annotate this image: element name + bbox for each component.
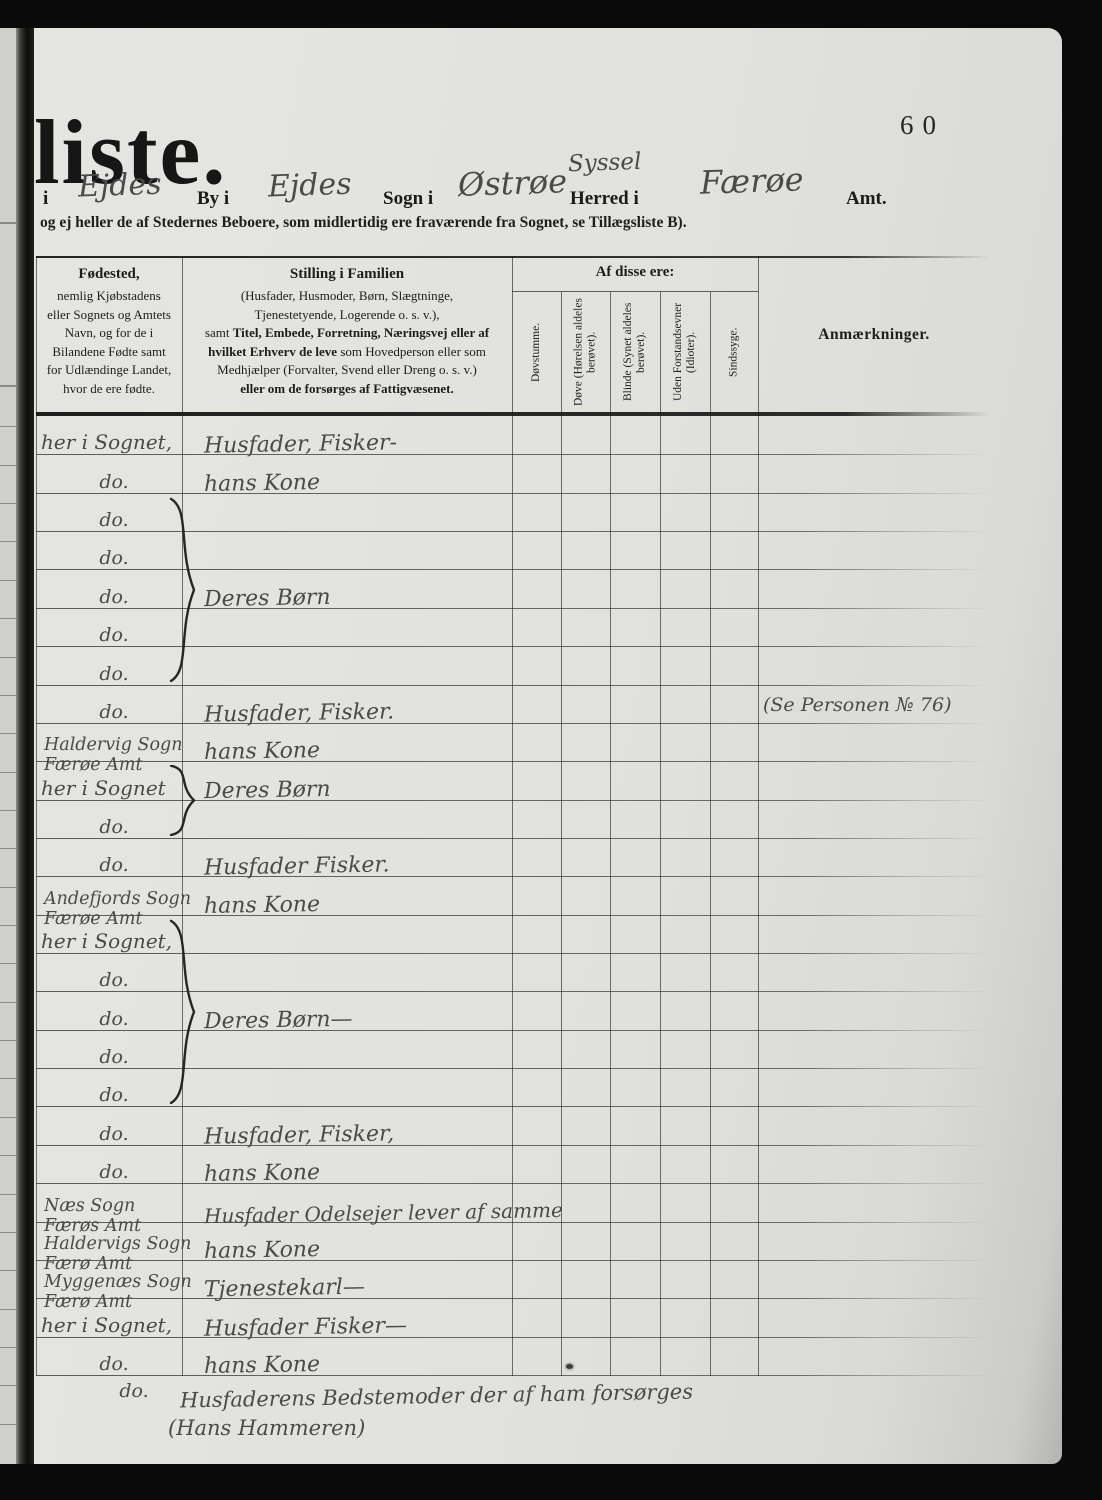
birthplace-cell: do.	[70, 1123, 158, 1145]
printed-sogn-label: Sogn i	[383, 188, 433, 210]
header-bottom-border	[36, 412, 990, 416]
birthplace-cell: do.	[70, 624, 158, 646]
scanned-census-page: liste. 60 i Ejdes By i Ejdes Sogn i Østr…	[0, 0, 1102, 1500]
birthplace-header-line: nemlig Kjøbstadens	[38, 287, 180, 306]
book-binding	[16, 28, 36, 1464]
table-row: do.hans Kone	[36, 1338, 990, 1376]
position-header-segment: Titel, Embede, Forretning, Næringsvej el…	[233, 325, 489, 340]
birthplace-cell: her i Sognet	[41, 776, 166, 800]
position-cell-line2: (Hans Hammeren)	[168, 1416, 365, 1440]
birthplace-cell: do.	[70, 1161, 158, 1183]
table-row: Andefjords SognFærøe Amthans Kone	[36, 877, 990, 915]
position-header-segment: (Husfader, Husmoder, Børn, Slægtninge,	[241, 288, 453, 303]
position-header-line: Tjenestetyende, Logerende o. s. v.),	[184, 306, 510, 325]
birthplace-cell: do.	[70, 586, 158, 608]
brace-glyph	[166, 919, 198, 1105]
handwritten-amt-value: Færøe	[699, 160, 804, 202]
birthplace-cell: do.	[70, 1046, 158, 1068]
birthplace-cell: do.	[70, 816, 158, 838]
handwritten-by-value: Ejdes	[77, 167, 162, 205]
table-top-border	[36, 256, 990, 258]
birthplace-cell: her i Sognet,	[41, 929, 172, 953]
subcolumn-header: Døvstumme.	[513, 295, 560, 409]
position-cell: hans Kone	[204, 738, 320, 765]
position-header-title: Stilling i Familien	[184, 266, 510, 283]
birthplace-header-title: Fødested,	[38, 266, 180, 283]
handwritten-sogn-value: Ejdes	[267, 167, 352, 205]
birthplace-cell: do.	[70, 663, 158, 685]
position-column-header: Stilling i Familien (Husfader, Husmoder,…	[184, 266, 510, 398]
table-row: do.Husfader Fisker.	[36, 839, 990, 877]
subcolumn-header: Blinde (Synet aldeles berøvet).	[611, 295, 659, 409]
position-cell: hans Kone	[204, 1237, 320, 1264]
table-row: do.hans Kone	[36, 455, 990, 493]
birthplace-cell: do.	[70, 701, 158, 723]
birthplace-cell: do.	[70, 471, 158, 493]
birthplace-cell: do.	[70, 509, 158, 531]
position-header-segment: Tjenestetyende, Logerende o. s. v.),	[254, 307, 439, 322]
birthplace-cell: do.	[70, 969, 158, 991]
birthplace-header-lines: nemlig Kjøbstadenseller Sognets og Amtet…	[38, 287, 180, 398]
position-header-segment: Medhjælper (Forvalter, Svend eller Dreng…	[217, 362, 477, 377]
position-cell: hans Kone	[204, 1352, 320, 1379]
subcolumn-header: Uden Forstandsevner (Idioter).	[661, 295, 709, 409]
position-header-line: Medhjælper (Forvalter, Svend eller Dreng…	[184, 361, 510, 380]
position-header-line: eller om de forsørges af Fattigvæsenet.	[184, 380, 510, 399]
birthplace-cell: do.	[70, 1008, 158, 1030]
table-row: do.hans Kone	[36, 1146, 990, 1184]
table-row: Myggenæs SognFærø AmtTjenestekarl—	[36, 1261, 990, 1299]
grouping-brace	[166, 765, 198, 836]
af-disse-ere-header: Af disse ere:	[512, 264, 758, 281]
birthplace-header-line: eller Sognets og Amtets	[38, 306, 180, 325]
birthplace-cell: do.	[104, 1380, 164, 1402]
position-header-segment: eller om de forsørges af Fattigvæsenet.	[240, 381, 453, 396]
position-header-line: samt Titel, Embede, Forretning, Næringsv…	[184, 324, 510, 343]
grouping-brace	[166, 497, 198, 683]
printed-amt-label: Amt.	[846, 188, 887, 210]
printed-by-label: By i	[197, 188, 229, 210]
page-number: 60	[900, 110, 945, 141]
remark-cell: (Se Personen № 76)	[763, 694, 952, 716]
brace-glyph	[166, 497, 198, 683]
handwritten-syssel-annotation: Syssel	[568, 149, 642, 178]
position-header-line: hvilket Erhverv de leve som Hovedperson …	[184, 343, 510, 362]
ink-dot-mark	[566, 1364, 573, 1369]
position-header-segment: som Hovedperson eller som	[337, 344, 486, 359]
remarks-column-header: Anmærkninger.	[758, 326, 990, 344]
position-header-segment: hvilket Erhverv de leve	[208, 344, 337, 359]
birthplace-cell: do.	[70, 547, 158, 569]
position-cell: hans Kone	[204, 470, 320, 497]
birthplace-header-line: for Udlændinge Landet,	[38, 361, 180, 380]
af-disse-underline	[512, 291, 758, 292]
printed-herred-label: Herred i	[570, 188, 639, 210]
birthplace-line: Næs Sogn	[44, 1196, 141, 1216]
position-cell: hans Kone	[204, 1160, 320, 1187]
subcolumn-header: Døve (Hørelsen aldeles berøvet).	[562, 295, 609, 409]
table-row: do.Husfader, Fisker.(Se Personen № 76)	[36, 686, 990, 724]
table-row: her i Sognet,Husfader Fisker—	[36, 1299, 990, 1337]
birthplace-column-header: Fødested, nemlig Kjøbstadenseller Sognet…	[38, 266, 180, 398]
birthplace-line: Myggenæs Sogn	[44, 1272, 192, 1292]
birthplace-cell: her i Sognet,	[41, 1313, 172, 1337]
birthplace-cell: her i Sognet,	[41, 430, 172, 454]
birthplace-line: Haldervig Sogn	[44, 735, 182, 755]
brace-glyph	[166, 765, 198, 836]
position-header-lines: (Husfader, Husmoder, Børn, Slægtninge,Tj…	[184, 287, 510, 398]
position-header-segment: samt	[205, 325, 233, 340]
birthplace-line: Haldervigs Sogn	[44, 1234, 191, 1254]
position-cell: Husfaderens Bedstemoder der af ham forsø…	[180, 1380, 693, 1413]
exclusion-note-line: og ej heller de af Stedernes Beboere, so…	[40, 214, 687, 232]
birthplace-header-line: hvor de ere fødte.	[38, 380, 180, 399]
birthplace-header-line: Bilandene Fødte samt	[38, 343, 180, 362]
birthplace-cell: do.	[70, 1353, 158, 1375]
table-row: Haldervig SognFærøe Amthans Kone	[36, 724, 990, 762]
birthplace-header-line: Navn, og for de i	[38, 324, 180, 343]
position-header-line: (Husfader, Husmoder, Børn, Slægtninge,	[184, 287, 510, 306]
table-row: do.Husfader, Fisker,	[36, 1107, 990, 1145]
position-cell: hans Kone	[204, 892, 320, 919]
birthplace-cell: do.	[70, 854, 158, 876]
document-page: liste. 60 i Ejdes By i Ejdes Sogn i Østr…	[34, 28, 1062, 1464]
table-row: Næs SognFærøs AmtHusfader Odelsejer leve…	[36, 1184, 990, 1222]
subcolumn-header: Sindssyge.	[711, 295, 757, 409]
table-row: her i Sognet,Husfader, Fisker-	[36, 417, 990, 455]
grouping-brace	[166, 919, 198, 1105]
printed-i-label: i	[43, 188, 48, 210]
birthplace-line: Andefjords Sogn	[44, 889, 191, 909]
birthplace-cell: do.	[70, 1084, 158, 1106]
table-row: Haldervigs SognFærø Amthans Kone	[36, 1223, 990, 1261]
handwritten-herred-value: Østrøe	[457, 162, 567, 204]
